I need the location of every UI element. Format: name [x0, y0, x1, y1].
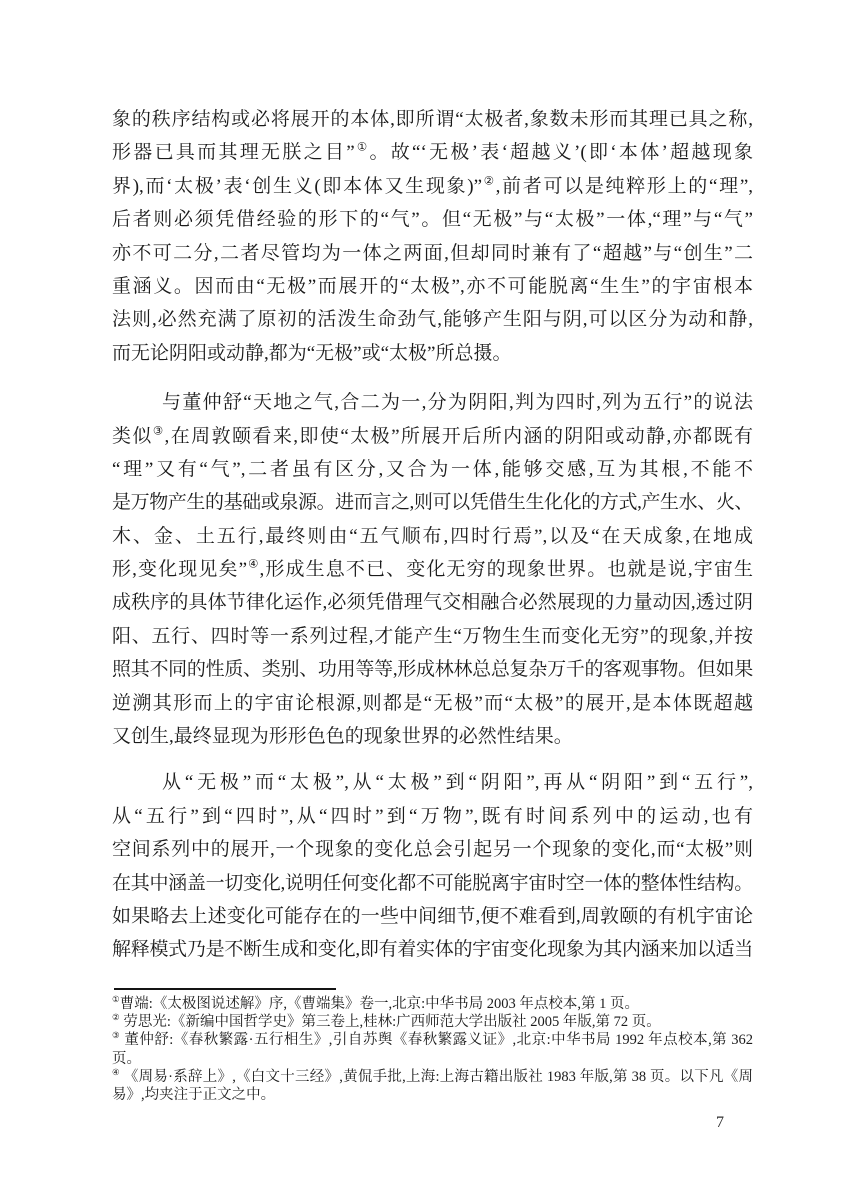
footnote-marker: ① — [355, 142, 370, 154]
text-line: 是万物产生的基础或泉源。进而言之,则可以凭借生生化化的方式,产生水、火、 — [112, 486, 753, 519]
paragraph: 象的秩序结构或必将展开的本体,即所谓“太极者,象数未形而其理已具之称,形器已具而… — [112, 103, 753, 370]
footnote-marker: ④ — [112, 1067, 120, 1077]
text-line: 法则,必然充满了原初的活泼生命劲气,能够产生阳与阴,可以区分为动和静, — [112, 303, 753, 336]
text-line: 木、金、土五行,最终则由“五气顺布,四时行焉”,以及“在天成象,在地成 — [112, 520, 753, 553]
page-number: 7 — [700, 1114, 740, 1132]
text-line: 象的秩序结构或必将展开的本体,即所谓“太极者,象数未形而其理已具之称, — [112, 103, 753, 136]
text-line: 逆溯其形而上的宇宙论根源,则都是“无极”而“太极”的展开,是本体既超越 — [112, 687, 753, 720]
text-line: 解释模式乃是不断生成和变化,即有着实体的宇宙变化现象为其内涵来加以适当 — [112, 933, 753, 966]
footnotes: ①曹端:《太极图说述解》序,《曹端集》卷一,北京:中华书局 2003 年点校本,… — [112, 995, 753, 1104]
text-line: 而无论阴阳或动静,都为“无极”或“太极”所总摄。 — [112, 337, 753, 370]
text-line: 从“无极”而“太极”,从“太极”到“阴阳”,再从“阴阳”到“五行”, — [112, 766, 753, 799]
text-line: 后者则必须凭借经验的形下的“气”。但“无极”与“太极”一体,“理”与“气” — [112, 203, 753, 236]
footnote-marker: ④ — [247, 559, 259, 571]
text-line: 与董仲舒“天地之气,合二为一,分为阴阳,判为四时,列为五行”的说法 — [112, 386, 753, 419]
text-line: 形,变化现见矣”④,形成生息不已、变化无穷的现象世界。也就是说,宇宙生 — [112, 553, 753, 586]
text-line: 在其中涵盖一切变化,说明任何变化都不可能脱离宇宙时空一体的整体性结构。 — [112, 867, 753, 900]
document-page: 象的秩序结构或必将展开的本体,即所谓“太极者,象数未形而其理已具之称,形器已具而… — [0, 0, 850, 1202]
footnote-line: ①曹端:《太极图说述解》序,《曹端集》卷一,北京:中华书局 2003 年点校本,… — [112, 995, 753, 1013]
text-line: 类似③,在周敦颐看来,即使“太极”所展开后所内涵的阴阳或动静,亦都既有 — [112, 420, 753, 453]
text-line: 从“五行”到“四时”,从“四时”到“万物”,既有时间系列中的运动,也有 — [112, 800, 753, 833]
text-line: 如果略去上述变化可能存在的一些中间细节,便不难看到,周敦颐的有机宇宙论 — [112, 900, 753, 933]
paragraph: 从“无极”而“太极”,从“太极”到“阴阳”,再从“阴阳”到“五行”,从“五行”到… — [112, 766, 753, 966]
paragraph: 与董仲舒“天地之气,合二为一,分为阴阳,判为四时,列为五行”的说法类似③,在周敦… — [112, 386, 753, 753]
text-line: 形器已具而其理无朕之目”①。故“‘无极’表‘超越义’(即‘本体’超越现象 — [112, 136, 753, 169]
footnote-separator — [114, 988, 336, 990]
text-line: 空间系列中的展开,一个现象的变化总会引起另一个现象的变化,而“太极”则 — [112, 833, 753, 866]
text-line: 重涵义。因而由“无极”而展开的“太极”,亦不可能脱离“生生”的宇宙根本 — [112, 270, 753, 303]
footnote-marker: ③ — [153, 425, 165, 437]
text-line: 界),而‘太极’表‘创生义(即本体又生现象)”②,前者可以是纯粹形上的“理”, — [112, 170, 753, 203]
text-line: 亦不可二分,二者尽管均为一体之两面,但却同时兼有了“超越”与“创生”二 — [112, 237, 753, 270]
body-text: 象的秩序结构或必将展开的本体,即所谓“太极者,象数未形而其理已具之称,形器已具而… — [112, 103, 753, 967]
text-line: “理”又有“气”,二者虽有区分,又合为一体,能够交感,互为其根,不能不 — [112, 453, 753, 486]
text-line: 照其不同的性质、类别、功用等等,形成林林总总复杂万千的客观事物。但如果 — [112, 653, 753, 686]
footnote-line: ③ 董仲舒:《春秋繁露·五行相生》,引自苏舆《春秋繁露义证》,北京:中华书局 1… — [112, 1031, 753, 1049]
text-line: 阳、五行、四时等一系列过程,才能产生“万物生生而变化无穷”的现象,并按 — [112, 620, 753, 653]
footnote-marker: ③ — [112, 1031, 120, 1041]
footnote-marker: ① — [112, 994, 120, 1004]
footnote-line: 易》,均夹注于正文之中。 — [112, 1086, 753, 1104]
footnote-line: ② 劳思光:《新编中国哲学史》第三卷上,桂林:广西师范大学出版社 2005 年版… — [112, 1013, 753, 1031]
footnote-line: 页。 — [112, 1050, 753, 1068]
footnote-marker: ② — [482, 175, 496, 187]
footnote-marker: ② — [112, 1012, 120, 1022]
footnote-line: ④ 《周易·系辞上》,《白文十三经》,黄侃手批,上海:上海古籍出版社 1983 … — [112, 1068, 753, 1086]
text-line: 成秩序的具体节律化运作,必须凭借理气交相融合必然展现的力量动因,透过阴 — [112, 586, 753, 619]
text-line: 又创生,最终显现为形形色色的现象世界的必然性结果。 — [112, 720, 753, 753]
